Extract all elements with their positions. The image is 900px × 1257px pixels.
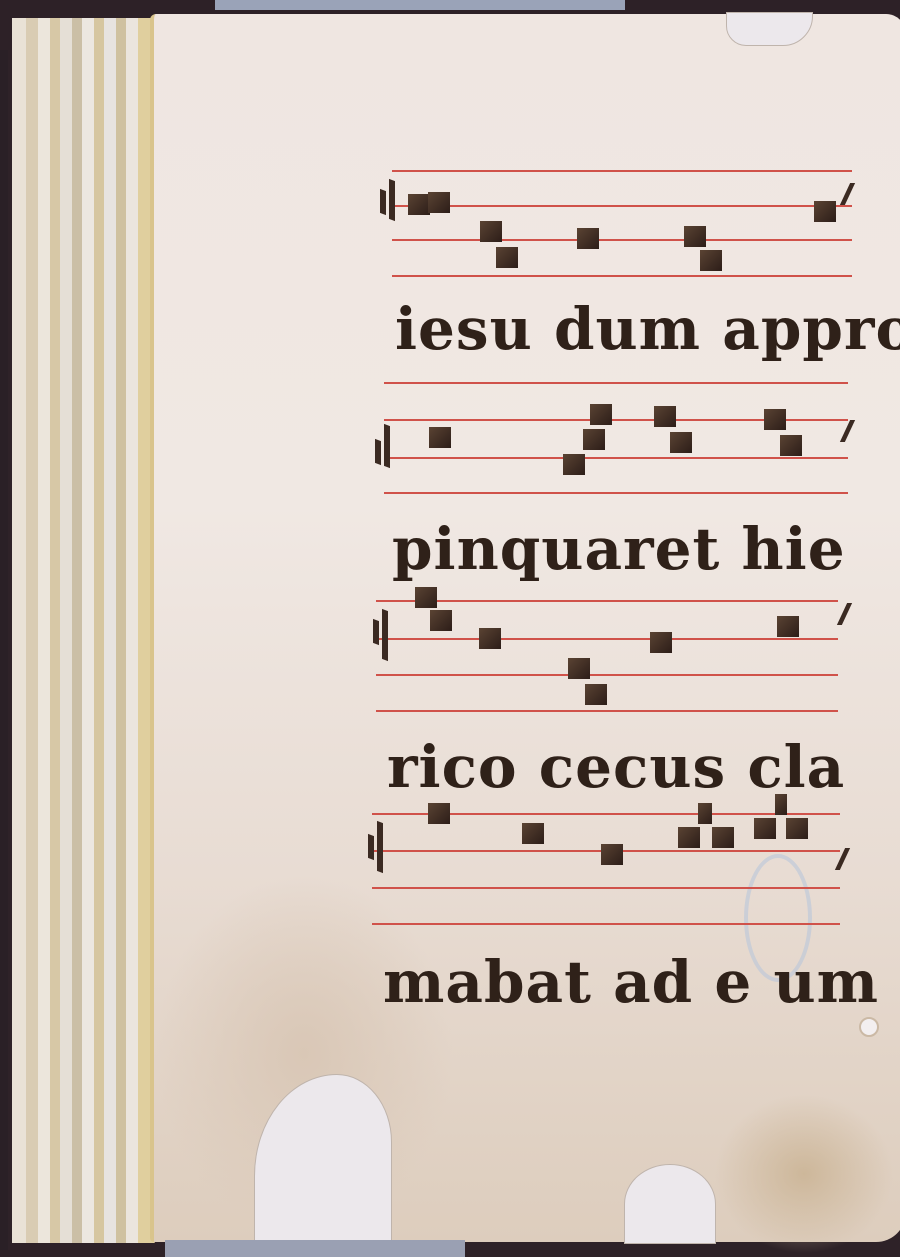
neume <box>780 435 802 456</box>
staff-line <box>384 382 848 384</box>
hole <box>859 1017 879 1037</box>
lyrics-line-4: mabat ad e um <box>383 948 879 1016</box>
neume <box>777 616 799 637</box>
staff-line <box>376 600 838 602</box>
neume <box>601 844 623 865</box>
lyrics-line-1: iesu dum appro <box>395 295 900 363</box>
staff-line <box>376 710 838 712</box>
neume <box>428 192 450 213</box>
c-clef-icon <box>382 609 388 661</box>
lyrics-line-3: rico cecus cla <box>387 733 845 801</box>
neume <box>585 684 607 705</box>
neume <box>712 827 734 848</box>
neume <box>479 628 501 649</box>
neume <box>429 427 451 448</box>
staff-line <box>392 170 852 172</box>
staff-line <box>376 674 838 676</box>
staff-line <box>376 638 838 640</box>
support-strip-top <box>215 0 625 10</box>
staff-line <box>372 923 840 925</box>
c-clef-icon <box>375 439 381 465</box>
staff-line <box>372 887 840 889</box>
staff-line <box>392 239 852 241</box>
neume <box>670 432 692 453</box>
lyrics-line-2: pinquaret hie <box>392 515 846 583</box>
background-left <box>0 50 8 1250</box>
neume <box>496 247 518 268</box>
neume <box>775 794 787 815</box>
neume <box>684 226 706 247</box>
neume <box>563 454 585 475</box>
neume <box>480 221 502 242</box>
neume <box>700 250 722 271</box>
c-clef-icon <box>373 619 379 645</box>
neume <box>698 803 712 824</box>
neume <box>583 429 605 450</box>
neume <box>428 803 450 824</box>
page-stack <box>8 18 158 1243</box>
neume <box>568 658 590 679</box>
stain <box>714 1094 894 1254</box>
staff-line <box>384 492 848 494</box>
staff-line <box>392 275 852 277</box>
repair-patch <box>726 12 813 46</box>
neume <box>786 818 808 839</box>
repair-patch <box>624 1164 716 1244</box>
c-clef-icon <box>377 821 383 873</box>
neume <box>430 610 452 631</box>
c-clef-icon <box>368 834 374 860</box>
neume <box>814 201 836 222</box>
neume <box>754 818 776 839</box>
neume <box>650 632 672 653</box>
c-clef-icon <box>380 189 386 215</box>
neume <box>415 587 437 608</box>
neume <box>522 823 544 844</box>
neume <box>590 404 612 425</box>
neume <box>764 409 786 430</box>
support-strip-bottom <box>165 1240 465 1257</box>
c-clef-icon <box>389 179 395 221</box>
neume <box>678 827 700 848</box>
neume <box>654 406 676 427</box>
neume <box>577 228 599 249</box>
neume <box>408 194 430 215</box>
staff-line <box>392 205 852 207</box>
c-clef-icon <box>384 424 390 468</box>
staff-line <box>384 457 848 459</box>
